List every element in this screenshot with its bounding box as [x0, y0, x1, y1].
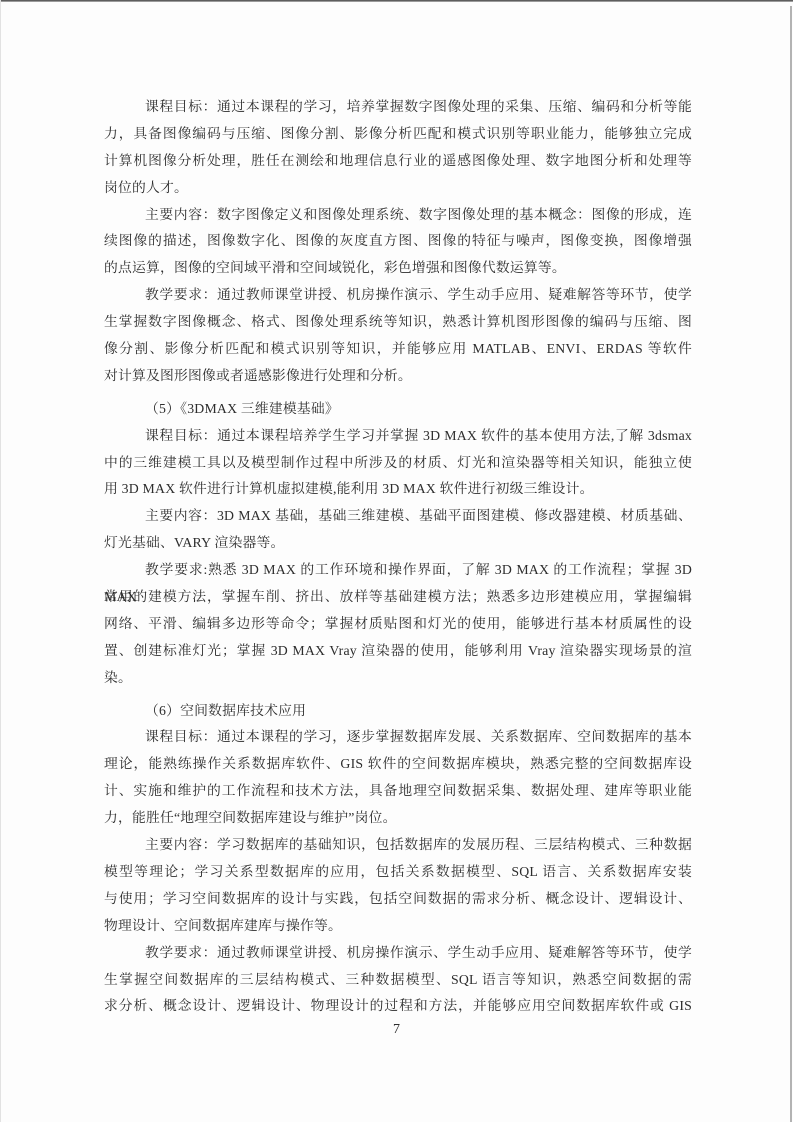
- text-line: 用 3D MAX 软件进行计算机虚拟建模,能利用 3D MAX 软件进行初级三维…: [104, 476, 692, 503]
- text-line: 染。: [104, 665, 692, 692]
- scan-edge-right: [790, 6, 792, 1122]
- text-line: 岗位的人才。: [104, 175, 692, 202]
- text-line: 课程目标：通过本课程的学习，培养掌握数字图像处理的采集、压缩、编码和分析等能: [104, 94, 692, 121]
- text-line: 模型等理论；学习关系型数据库的应用，包括关系数据模型、SQL 语言、关系数据库安…: [104, 859, 692, 886]
- scanned-page: 课程目标：通过本课程的学习，培养掌握数字图像处理的采集、压缩、编码和分析等能力，…: [0, 0, 793, 1122]
- text-line: 理论，能熟练操作关系数据库软件、GIS 软件的空间数据库模块，熟悉完整的空间数据…: [104, 751, 692, 778]
- text-line: 常用的建模方法，掌握车削、挤出、放样等基础建模方法；熟悉多边形建模应用，掌握编辑: [104, 584, 692, 611]
- text-line: 主要内容：3D MAX 基础，基础三维建模、基础平面图建模、修改器建模、材质基础…: [104, 503, 692, 530]
- text-line: 与使用；学习空间数据库的设计与实践，包括空间数据的需求分析、概念设计、逻辑设计、: [104, 886, 692, 913]
- scan-edge-top: [0, 0, 793, 2]
- document-body: 课程目标：通过本课程的学习，培养掌握数字图像处理的采集、压缩、编码和分析等能力，…: [104, 94, 692, 1020]
- text-line: 对计算及图形图像或者遥感影像进行处理和分析。: [104, 363, 692, 390]
- text-line: 置、创建标准灯光；掌握 3D MAX Vray 渲染器的使用，能够利用 Vray…: [104, 638, 692, 665]
- text-line: 像分割、影像分析匹配和模式识别等知识，并能够应用 MATLAB、ENVI、ERD…: [104, 336, 692, 363]
- heading-course-6-spatial-database: （6）空间数据库技术应用: [104, 698, 692, 725]
- para-3dmax-objective: 课程目标：通过本课程培养学生学习并掌握 3D MAX 软件的基本使用方法,了解 …: [104, 423, 692, 504]
- para-spatial-db-objective: 课程目标：通过本课程的学习，逐步掌握数据库发展、关系数据库、空间数据库的基本理论…: [104, 724, 692, 832]
- text-line: 的点运算，图像的空间域平滑和空间域锐化，彩色增强和图像代数运算等。: [104, 255, 692, 282]
- text-line: （6）空间数据库技术应用: [104, 698, 692, 725]
- para-3dmax-teaching: 教学要求:熟悉 3D MAX 的工作环境和操作界面，了解 3D MAX 的工作流…: [104, 557, 692, 691]
- page-number: 7: [0, 1020, 793, 1040]
- para-spatial-db-teaching: 教学要求：通过教师课堂讲授、机房操作演示、学生动手应用、疑难解答等环节，使学生掌…: [104, 940, 692, 1021]
- text-line: 求分析、概念设计、逻辑设计、物理设计的过程和方法，并能够应用空间数据库软件或 G…: [104, 993, 692, 1020]
- text-line: 教学要求：通过教师课堂讲授、机房操作演示、学生动手应用、疑难解答等环节，使学: [104, 940, 692, 967]
- para-spatial-db-content: 主要内容：学习数据库的基础知识，包括数据库的发展历程、三层结构模式、三种数据模型…: [104, 832, 692, 940]
- text-line: 教学要求：通过教师课堂讲授、机房操作演示、学生动手应用、疑难解答等环节，使学: [104, 282, 692, 309]
- para-3dmax-content: 主要内容：3D MAX 基础，基础三维建模、基础平面图建模、修改器建模、材质基础…: [104, 503, 692, 557]
- text-line: （5）《3DMAX 三维建模基础》: [104, 396, 692, 423]
- text-line: 生掌握数字图像概念、格式、图像处理系统等知识，熟悉计算机图形图像的编码与压缩、图: [104, 309, 692, 336]
- text-line: 生掌握空间数据库的三层结构模式、三种数据模型、SQL 语言等知识，熟悉空间数据的…: [104, 967, 692, 994]
- text-line: 课程目标：通过本课程培养学生学习并掌握 3D MAX 软件的基本使用方法,了解 …: [104, 423, 692, 450]
- text-line: 教学要求:熟悉 3D MAX 的工作环境和操作界面，了解 3D MAX 的工作流…: [104, 557, 692, 584]
- para-image-processing-teaching: 教学要求：通过教师课堂讲授、机房操作演示、学生动手应用、疑难解答等环节，使学生掌…: [104, 282, 692, 390]
- text-line: 续图像的描述，图像数字化、图像的灰度直方图、图像的特征与噪声，图像变换，图像增强: [104, 228, 692, 255]
- text-line: 网络、平滑、编辑多边形等命令；掌握材质贴图和灯光的使用，能够进行基本材质属性的设: [104, 611, 692, 638]
- para-image-processing-content: 主要内容：数字图像定义和图像处理系统、数字图像处理的基本概念：图像的形成，连续图…: [104, 202, 692, 283]
- text-line: 中的三维建模工具以及模型制作过程中所涉及的材质、灯光和渲染器等相关知识，能独立使: [104, 450, 692, 477]
- text-line: 计、实施和维护的工作流程和技术方法，具备地理空间数据采集、数据处理、建库等职业能: [104, 778, 692, 805]
- text-line: 力，具备图像编码与压缩、图像分割、影像分析匹配和模式识别等职业能力，能够独立完成: [104, 121, 692, 148]
- text-line: 主要内容：学习数据库的基础知识，包括数据库的发展历程、三层结构模式、三种数据: [104, 832, 692, 859]
- para-image-processing-objective: 课程目标：通过本课程的学习，培养掌握数字图像处理的采集、压缩、编码和分析等能力，…: [104, 94, 692, 202]
- text-line: 课程目标：通过本课程的学习，逐步掌握数据库发展、关系数据库、空间数据库的基本: [104, 724, 692, 751]
- text-line: 主要内容：数字图像定义和图像处理系统、数字图像处理的基本概念：图像的形成，连: [104, 202, 692, 229]
- heading-course-5-3dmax: （5）《3DMAX 三维建模基础》: [104, 396, 692, 423]
- text-line: 计算机图像分析处理，胜任在测绘和地理信息行业的遥感图像处理、数字地图分析和处理等: [104, 148, 692, 175]
- text-line: 力，能胜任“地理空间数据库建设与维护”岗位。: [104, 805, 692, 832]
- text-line: 物理设计、空间数据库建库与操作等。: [104, 913, 692, 940]
- text-line: 灯光基础、VARY 渲染器等。: [104, 530, 692, 557]
- scan-edge-left: [0, 0, 1, 1122]
